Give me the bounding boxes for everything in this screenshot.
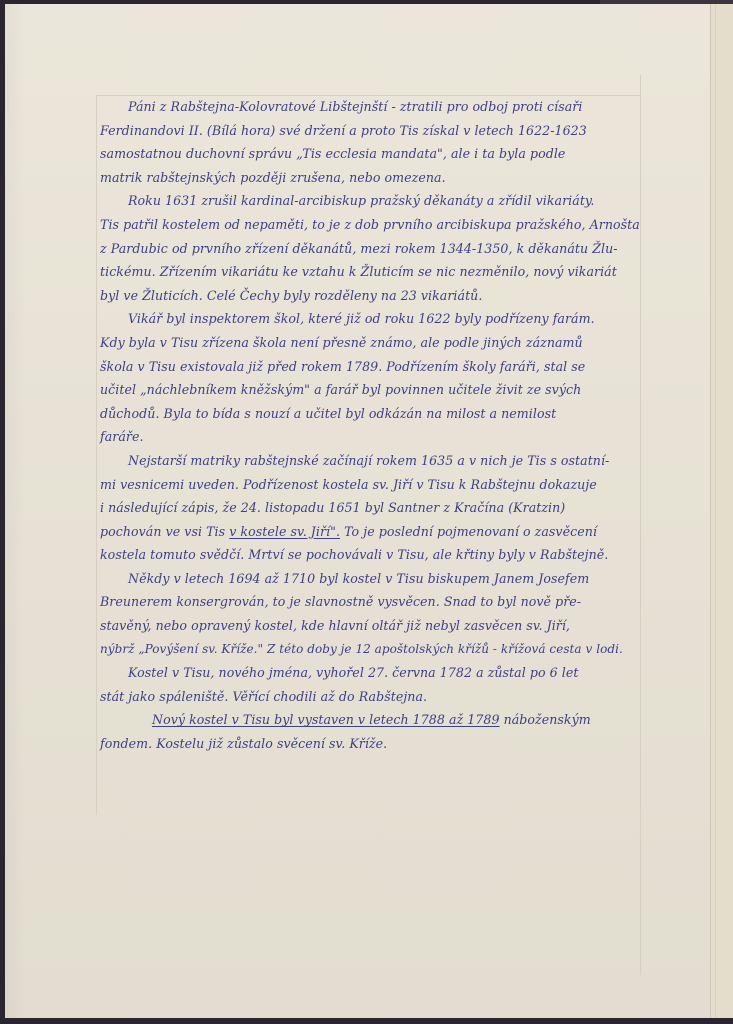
text-line: matrik rabštejnských později zrušena, ne… xyxy=(100,166,660,190)
ruled-margin-left xyxy=(96,95,97,815)
scanned-page: Páni z Rabštejna-Kolovratové Libštejnští… xyxy=(0,0,733,1024)
text-line: učitel „náchlebníkem kněžským" a farář b… xyxy=(100,378,660,402)
text-line: škola v Tisu existovala již před rokem 1… xyxy=(100,355,660,379)
text-line: nýbrž „Povýšení sv. Kříže." Z této doby … xyxy=(100,638,660,662)
text-segment: náboženským xyxy=(500,712,591,727)
handwritten-text: Páni z Rabštejna-Kolovratové Libštejnští… xyxy=(100,95,660,756)
underlined-phrase: v kostele sv. Jiří". xyxy=(229,524,340,539)
text-line-with-underline: pochován ve vsi Tis v kostele sv. Jiří".… xyxy=(100,520,660,544)
text-line: stát jako spáleniště. Věřící chodili až … xyxy=(100,685,660,709)
underlined-phrase: Nový kostel v Tisu byl vystaven v letech… xyxy=(152,712,500,727)
text-line: Páni z Rabštejna-Kolovratové Libštejnští… xyxy=(100,95,660,119)
text-line: Vikář byl inspektorem škol, které již od… xyxy=(100,307,660,331)
text-line: fondem. Kostelu již zůstalo svěcení sv. … xyxy=(100,732,660,756)
text-line: z Pardubic od prvního zřízení děkanátů, … xyxy=(100,237,660,261)
text-line: mi vesnicemi uveden. Podřízenost kostela… xyxy=(100,473,660,497)
text-line: Kostel v Tisu, nového jména, vyhořel 27.… xyxy=(100,661,660,685)
text-line: Breunerem konsergrován, to je slavnostně… xyxy=(100,590,660,614)
text-line: Tis patřil kostelem od nepaměti, to je z… xyxy=(100,213,660,237)
text-line: Nejstarší matriky rabštejnské začínají r… xyxy=(100,449,660,473)
text-line: tickému. Zřízením vikariátu ke vztahu k … xyxy=(100,260,660,284)
adjacent-page-edge xyxy=(710,4,733,1018)
text-line: Ferdinandovi II. (Bílá hora) své držení … xyxy=(100,119,660,143)
text-segment: To je poslední pojmenovaní o zasvěcení xyxy=(340,524,597,539)
text-line: Roku 1631 zrušil kardinal-arcibiskup pra… xyxy=(100,189,660,213)
text-line: samostatnou duchovní správu „Tis ecclesi… xyxy=(100,142,660,166)
text-line: byl ve Žluticích. Celé Čechy byly rozděl… xyxy=(100,284,660,308)
text-line: stavěný, nebo opravený kostel, kde hlavn… xyxy=(100,614,660,638)
text-line: faráře. xyxy=(100,425,660,449)
text-line: důchodů. Byla to bída s nouzí a učitel b… xyxy=(100,402,660,426)
text-segment: pochován ve vsi Tis xyxy=(100,524,225,539)
text-line: i následující zápis, že 24. listopadu 16… xyxy=(100,496,660,520)
text-line: Kdy byla v Tisu zřízena škola není přesn… xyxy=(100,331,660,355)
text-line: kostela tomuto svědčí. Mrtví se pochováv… xyxy=(100,543,660,567)
text-line: Někdy v letech 1694 až 1710 byl kostel v… xyxy=(100,567,660,591)
text-line-with-underline: Nový kostel v Tisu byl vystaven v letech… xyxy=(100,708,660,732)
